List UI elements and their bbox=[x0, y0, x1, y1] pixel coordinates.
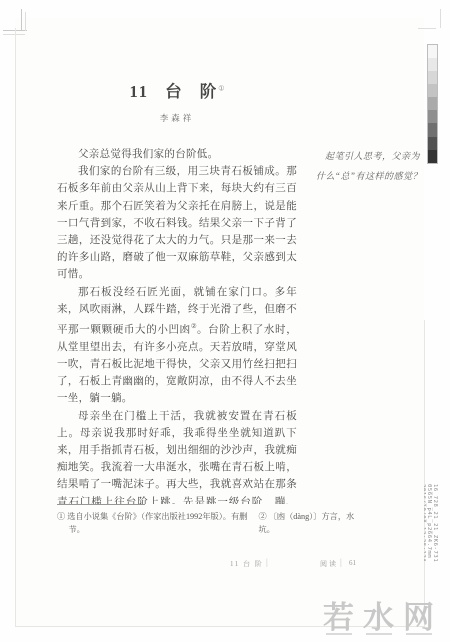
watermark-subtext-bar bbox=[326, 633, 352, 635]
lesson-title-text: 11 台 阶 bbox=[129, 82, 218, 101]
crop-mark-top-right bbox=[440, 9, 441, 28]
watermark-subtext-bar bbox=[366, 633, 392, 635]
crop-mark-top-left bbox=[3, 34, 25, 35]
author-name: 李森祥 bbox=[57, 112, 297, 124]
margin-study-note: 起笔引人思考，父亲为什么“总”有这样的感觉？ bbox=[316, 147, 422, 186]
watermark-subtext-bar bbox=[406, 633, 432, 635]
footnote-1: ① 选自小说集《台阶》（作家出版社1992年版）。有删节。 bbox=[57, 511, 248, 536]
body-paragraph: 那石板没经石匠光面，就铺在家门口。多年来，风吹雨淋，人踩牛踏，终于光滑了些，但磨… bbox=[57, 284, 297, 408]
scanned-textbook-page: 11 台 阶① 李森祥 父亲总觉得我们家的台阶低。 我们家的台阶有三级，用三块青… bbox=[0, 0, 450, 642]
page-title: 11 台 阶① bbox=[57, 78, 297, 102]
body-paragraph: 我们家的台阶有三级，用三块青石板铺成。那石板多年前由父亲从山上背下来，每块大约有… bbox=[57, 163, 297, 283]
page-edge-left bbox=[15, 28, 16, 626]
body-paragraph: 母亲坐在门槛上干活，我就被安置在青石板上。母亲说我那时好乖，我乖得坐坐就知道趴下… bbox=[57, 408, 297, 504]
title-footnote-marker: ① bbox=[218, 85, 224, 93]
crop-mark-top-left bbox=[21, 9, 22, 31]
print-production-info: 16_728_21_21_ZK6-731 0565N_p4L_p2664.7mm… bbox=[424, 484, 438, 598]
footnote-divider-rule bbox=[57, 504, 145, 505]
paragraph-text: 。台阶上积了水时，从堂里望出去，有许多小亮点。天若放晴，穿堂风一吹，青石板比泥地… bbox=[57, 325, 297, 405]
watermark-text: 若水网 bbox=[323, 592, 443, 637]
footer-lesson-title: 11 台 阶 bbox=[230, 559, 263, 569]
crop-mark-top-right bbox=[418, 28, 436, 29]
lesson-body-text: 父亲总觉得我们家的台阶低。 我们家的台阶有三级，用三块青石板铺成。那石板多年前由… bbox=[57, 146, 297, 504]
footer-divider: | bbox=[266, 557, 268, 567]
footer-divider: | bbox=[340, 557, 342, 567]
footer-section-label: 阅读 bbox=[320, 559, 338, 569]
body-paragraph: 父亲总觉得我们家的台阶低。 bbox=[57, 146, 297, 163]
footer-page-number: 61 bbox=[349, 559, 356, 567]
crop-mark-top-left bbox=[25, 12, 26, 31]
footnotes: ① 选自小说集《台阶》（作家出版社1992年版）。有删节。 ② 〔凼（dàng）… bbox=[57, 511, 359, 536]
footnote-2: ② 〔凼（dàng）〕方言，水坑。 bbox=[258, 511, 359, 536]
grayscale-calibration-strip bbox=[427, 44, 438, 164]
